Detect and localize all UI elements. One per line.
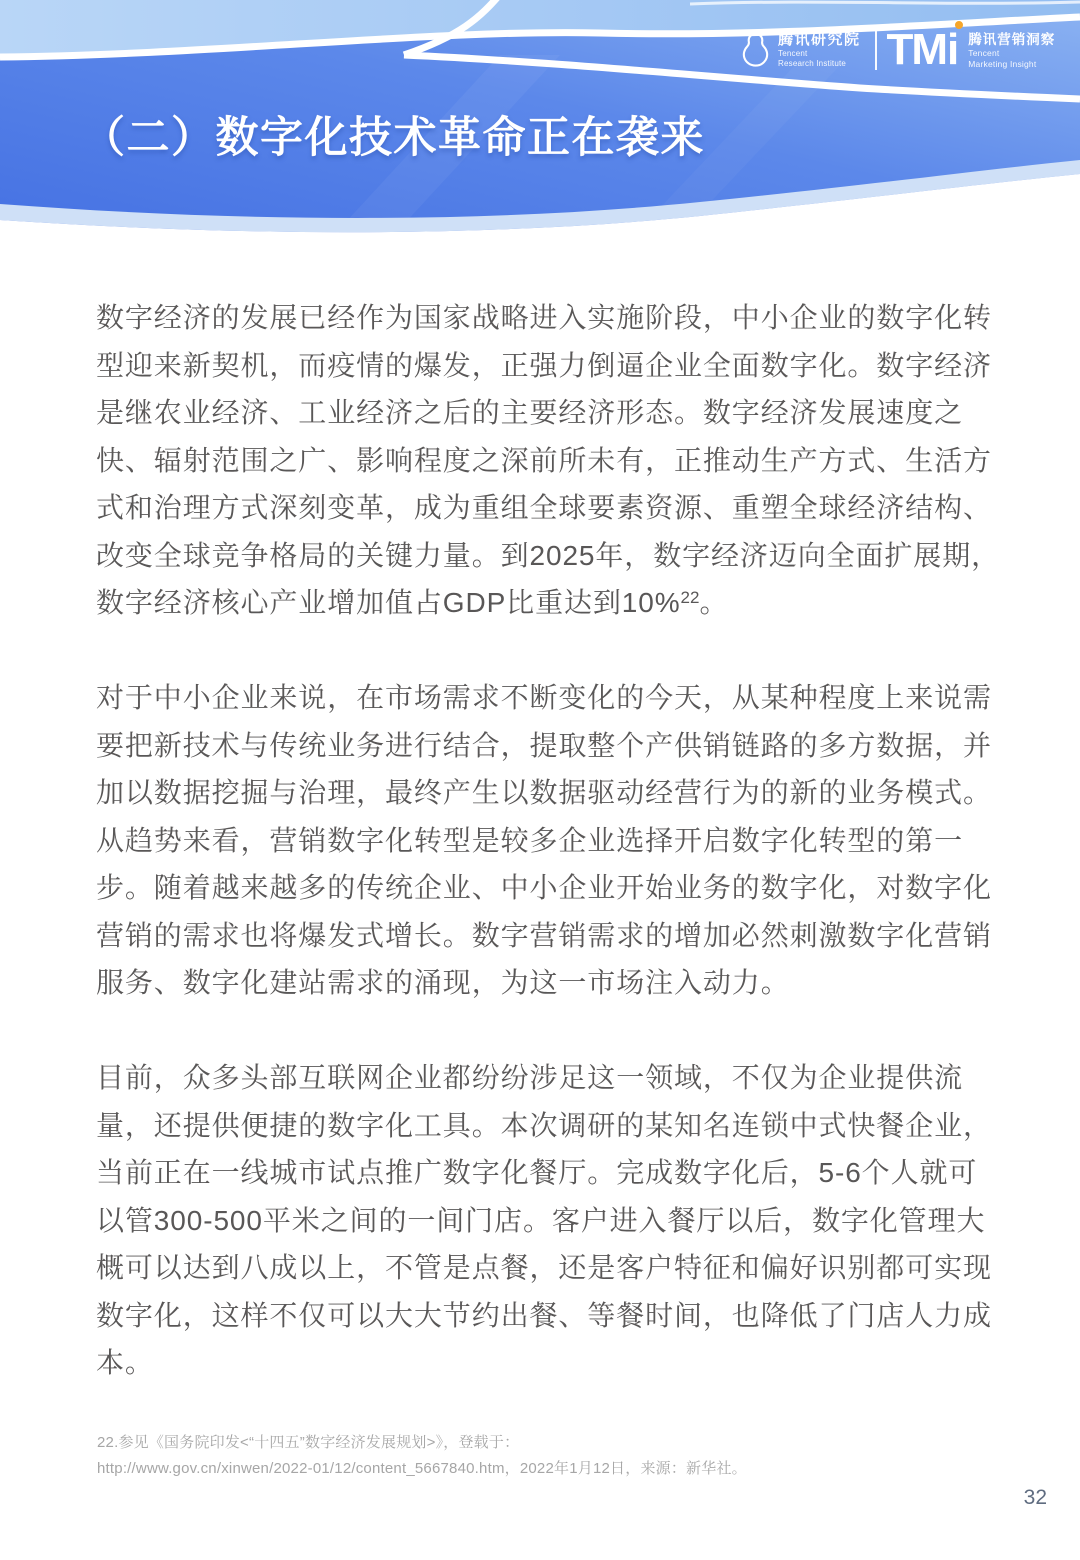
paragraph-line: 量，还提供便捷的数字化工具。本次调研的某知名连锁中式快餐企业，	[96, 1102, 996, 1150]
tmi-logo-en-2: Marketing Insight	[968, 59, 1055, 70]
tmi-orange-dot-icon	[955, 21, 963, 29]
paragraph-line: 当前正在一线城市试点推广数字化餐厅。完成数字化后，5-6个人就可	[96, 1149, 996, 1197]
tmi-logo: TM i	[887, 30, 960, 70]
paragraph-line: 以管300-500平米之间的一间门店。客户进入餐厅以后，数字化管理大	[96, 1197, 996, 1245]
page-number: 32	[1024, 1486, 1047, 1510]
paragraph-line: 服务、数字化建站需求的涌现，为这一市场注入动力。	[96, 959, 996, 1007]
footnote: 22.参见《国务院印发<“十四五”数字经济发展规划>》，登载于： http://…	[97, 1430, 957, 1482]
paragraph-line: 营销的需求也将爆发式增长。数字营销需求的增加必然刺激数字化营销	[96, 912, 996, 960]
paragraph-line: 是继农业经济、工业经济之后的主要经济形态。数字经济发展速度之	[96, 389, 996, 437]
body-paragraph-1: 数字经济的发展已经作为国家战略进入实施阶段，中小企业的数字化转 型迎来新契机，而…	[96, 294, 996, 627]
paragraph-line: 对于中小企业来说，在市场需求不断变化的今天，从某种程度上来说需	[96, 674, 996, 722]
report-page: 腾讯研究院 Tencent Research Institute TM i 腾讯…	[0, 0, 1080, 1560]
paragraph-line: 本。	[96, 1339, 996, 1387]
tri-logo-en-2: Research Institute	[778, 59, 861, 69]
body-paragraph-2: 对于中小企业来说，在市场需求不断变化的今天，从某种程度上来说需 要把新技术与传统…	[96, 674, 996, 1007]
paragraph-line: 步。随着越来越多的传统企业、中小企业开始业务的数字化，对数字化	[96, 864, 996, 912]
tmi-logo-mark: TM	[887, 30, 947, 70]
paragraph-line: 加以数据挖掘与治理，最终产生以数据驱动经营行为的新的业务模式。	[96, 769, 996, 817]
paragraph-line: 快、辐射范围之广、影响程度之深前所未有，正推动生产方式、生活方	[96, 437, 996, 485]
paragraph-line: 型迎来新契机，而疫情的爆发，正强力倒逼企业全面数字化。数字经济	[96, 342, 996, 390]
footnote-line-2: http://www.gov.cn/xinwen/2022-01/12/cont…	[97, 1456, 957, 1482]
tri-logo-en-1: Tencent	[778, 49, 861, 59]
paragraph-line-with-footnote-ref: 数字经济核心产业增加值占GDP比重达到10%22。	[96, 579, 996, 627]
footnote-line-1: 22.参见《国务院印发<“十四五”数字经济发展规划>》，登载于：	[97, 1430, 957, 1456]
paragraph-line: 从趋势来看，营销数字化转型是较多企业选择开启数字化转型的第一	[96, 817, 996, 865]
paragraph-line: 数字化，这样不仅可以大大节约出餐、等餐时间，也降低了门店人力成	[96, 1292, 996, 1340]
page-header: 腾讯研究院 Tencent Research Institute TM i 腾讯…	[0, 0, 1080, 250]
brand-logos: 腾讯研究院 Tencent Research Institute TM i 腾讯…	[742, 26, 1055, 74]
tmi-logo-i: i	[947, 30, 959, 70]
paragraph-line: 目前，众多头部互联网企业都纷纷涉足这一领域，不仅为企业提供流	[96, 1054, 996, 1102]
paragraph-line: 要把新技术与传统业务进行结合，提取整个产供销链路的多方数据，并	[96, 722, 996, 770]
tencent-marketing-insight-logo: 腾讯营销洞察 Tencent Marketing Insight	[968, 31, 1055, 69]
paragraph-line: 数字经济的发展已经作为国家战略进入实施阶段，中小企业的数字化转	[96, 294, 996, 342]
tmi-logo-cn: 腾讯营销洞察	[968, 31, 1055, 48]
logo-divider	[875, 30, 877, 70]
tri-logo-cn: 腾讯研究院	[778, 31, 861, 49]
body-paragraph-3: 目前，众多头部互联网企业都纷纷涉足这一领域，不仅为企业提供流 量，还提供便捷的数…	[96, 1054, 996, 1387]
section-title: （二）数字化技术革命正在袭来	[82, 104, 705, 165]
paragraph-line: 改变全球竞争格局的关键力量。到2025年，数字经济迈向全面扩展期，	[96, 532, 996, 580]
paragraph-line: 式和治理方式深刻变革，成为重组全球要素资源、重塑全球经济结构、	[96, 484, 996, 532]
footnote-reference-22: 22	[681, 588, 700, 607]
tencent-penguin-icon	[742, 28, 769, 72]
body-content: 数字经济的发展已经作为国家战略进入实施阶段，中小企业的数字化转 型迎来新契机，而…	[96, 294, 996, 1434]
tmi-logo-en-1: Tencent	[968, 48, 1055, 59]
tencent-research-institute-logo: 腾讯研究院 Tencent Research Institute	[778, 31, 861, 69]
paragraph-line: 概可以达到八成以上，不管是点餐，还是客户特征和偏好识别都可实现	[96, 1244, 996, 1292]
